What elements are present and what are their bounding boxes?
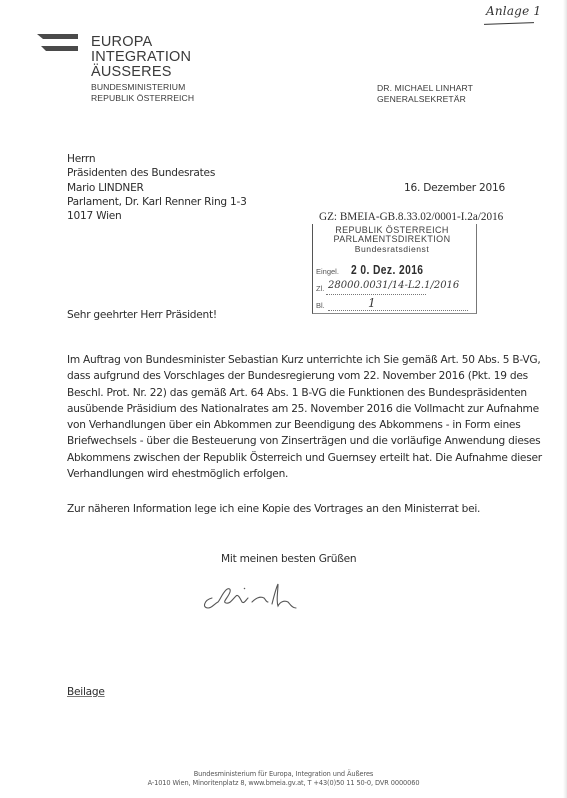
signer-title: GENERALSEKRETÄR bbox=[377, 94, 473, 105]
body-paragraph: Im Auftrag von Bundesminister Sebastian … bbox=[67, 352, 542, 482]
letterhead: EUROPA INTEGRATION ÄUSSERES BUNDESMINIST… bbox=[91, 35, 194, 104]
address-line: Präsidenten des Bundesrates bbox=[67, 166, 247, 180]
letter-date: 16. Dezember 2016 bbox=[404, 182, 505, 194]
signer-block: DR. MICHAEL LINHART GENERALSEKRETÄR bbox=[377, 83, 473, 105]
page-edge-shadow bbox=[563, 0, 567, 798]
stamp-zl-label: Zl. bbox=[316, 284, 324, 293]
stamp-received-label: Eingel. bbox=[316, 267, 339, 276]
handwritten-annotation: Anlage 1 bbox=[486, 4, 541, 18]
stamp-zl-value: 28000.0031/14-L2.1/2016 bbox=[328, 280, 459, 291]
stamp-dotted-line bbox=[328, 310, 468, 311]
body-line: Verhandlungen wird ehestmöglich erfolgen… bbox=[67, 466, 542, 482]
address-line: Herrn bbox=[67, 152, 247, 166]
address-line: 1017 Wien bbox=[67, 209, 247, 223]
annotation-underline bbox=[484, 22, 534, 25]
body-line: Beschl. Prot. Nr. 22) das gemäß Art. 64 … bbox=[67, 385, 542, 401]
stamp-line: PARLAMENTSDIREKTION bbox=[313, 234, 471, 244]
recipient-address: Herrn Präsidenten des Bundesrates Mario … bbox=[67, 152, 247, 223]
stamp-line: Bundesratsdienst bbox=[313, 244, 471, 254]
address-line: Mario LINDNER bbox=[67, 181, 247, 195]
footer-line: Bundesministerium für Europa, Integratio… bbox=[0, 770, 567, 779]
stamp-bl-label: Bl. bbox=[316, 301, 325, 310]
body-line: von Verhandlungen über ein Abkommen zur … bbox=[67, 417, 542, 433]
stamp-bl-value: 1 bbox=[368, 296, 376, 310]
enclosure-label: Beilage bbox=[67, 686, 105, 698]
footer-line: A-1010 Wien, Minoritenplatz 8, www.bmeia… bbox=[0, 779, 567, 788]
letterhead-line: EUROPA bbox=[91, 35, 194, 50]
reference-number: GZ: BMEIA-GB.8.33.02/0001-I.2a/2016 bbox=[319, 211, 503, 223]
body-line: Abkommens zwischen der Republik Österrei… bbox=[67, 450, 542, 466]
body-line: Briefwechsels - über die Besteuerung von… bbox=[67, 433, 542, 449]
letterhead-line: INTEGRATION bbox=[91, 50, 194, 65]
received-stamp: REPUBLIK ÖSTERREICH PARLAMENTSDIREKTION … bbox=[312, 224, 477, 314]
signer-name: DR. MICHAEL LINHART bbox=[377, 83, 473, 94]
closing: Mit meinen besten Grüßen bbox=[221, 553, 356, 565]
letterhead-subline: REPUBLIK ÖSTERREICH bbox=[91, 93, 194, 104]
body-line: dass aufgrund des Vorschlages der Bundes… bbox=[67, 368, 542, 384]
body-paragraph: Zur näheren Information lege ich eine Ko… bbox=[67, 503, 480, 515]
letterhead-subline: BUNDESMINISTERIUM bbox=[91, 82, 194, 93]
stamp-dotted-line bbox=[326, 294, 426, 295]
salutation: Sehr geehrter Herr Präsident! bbox=[67, 309, 217, 321]
body-line: ausübende Präsidium des Nationalrates am… bbox=[67, 401, 542, 417]
signature-icon bbox=[200, 578, 315, 618]
letterhead-line: ÄUSSERES bbox=[91, 65, 194, 80]
stamp-received-date: 2 0. Dez. 2016 bbox=[351, 263, 423, 277]
footer: Bundesministerium für Europa, Integratio… bbox=[0, 770, 567, 788]
address-line: Parlament, Dr. Karl Renner Ring 1-3 bbox=[67, 195, 247, 209]
ministry-logo-icon bbox=[37, 34, 79, 54]
body-line: Im Auftrag von Bundesminister Sebastian … bbox=[67, 352, 542, 368]
